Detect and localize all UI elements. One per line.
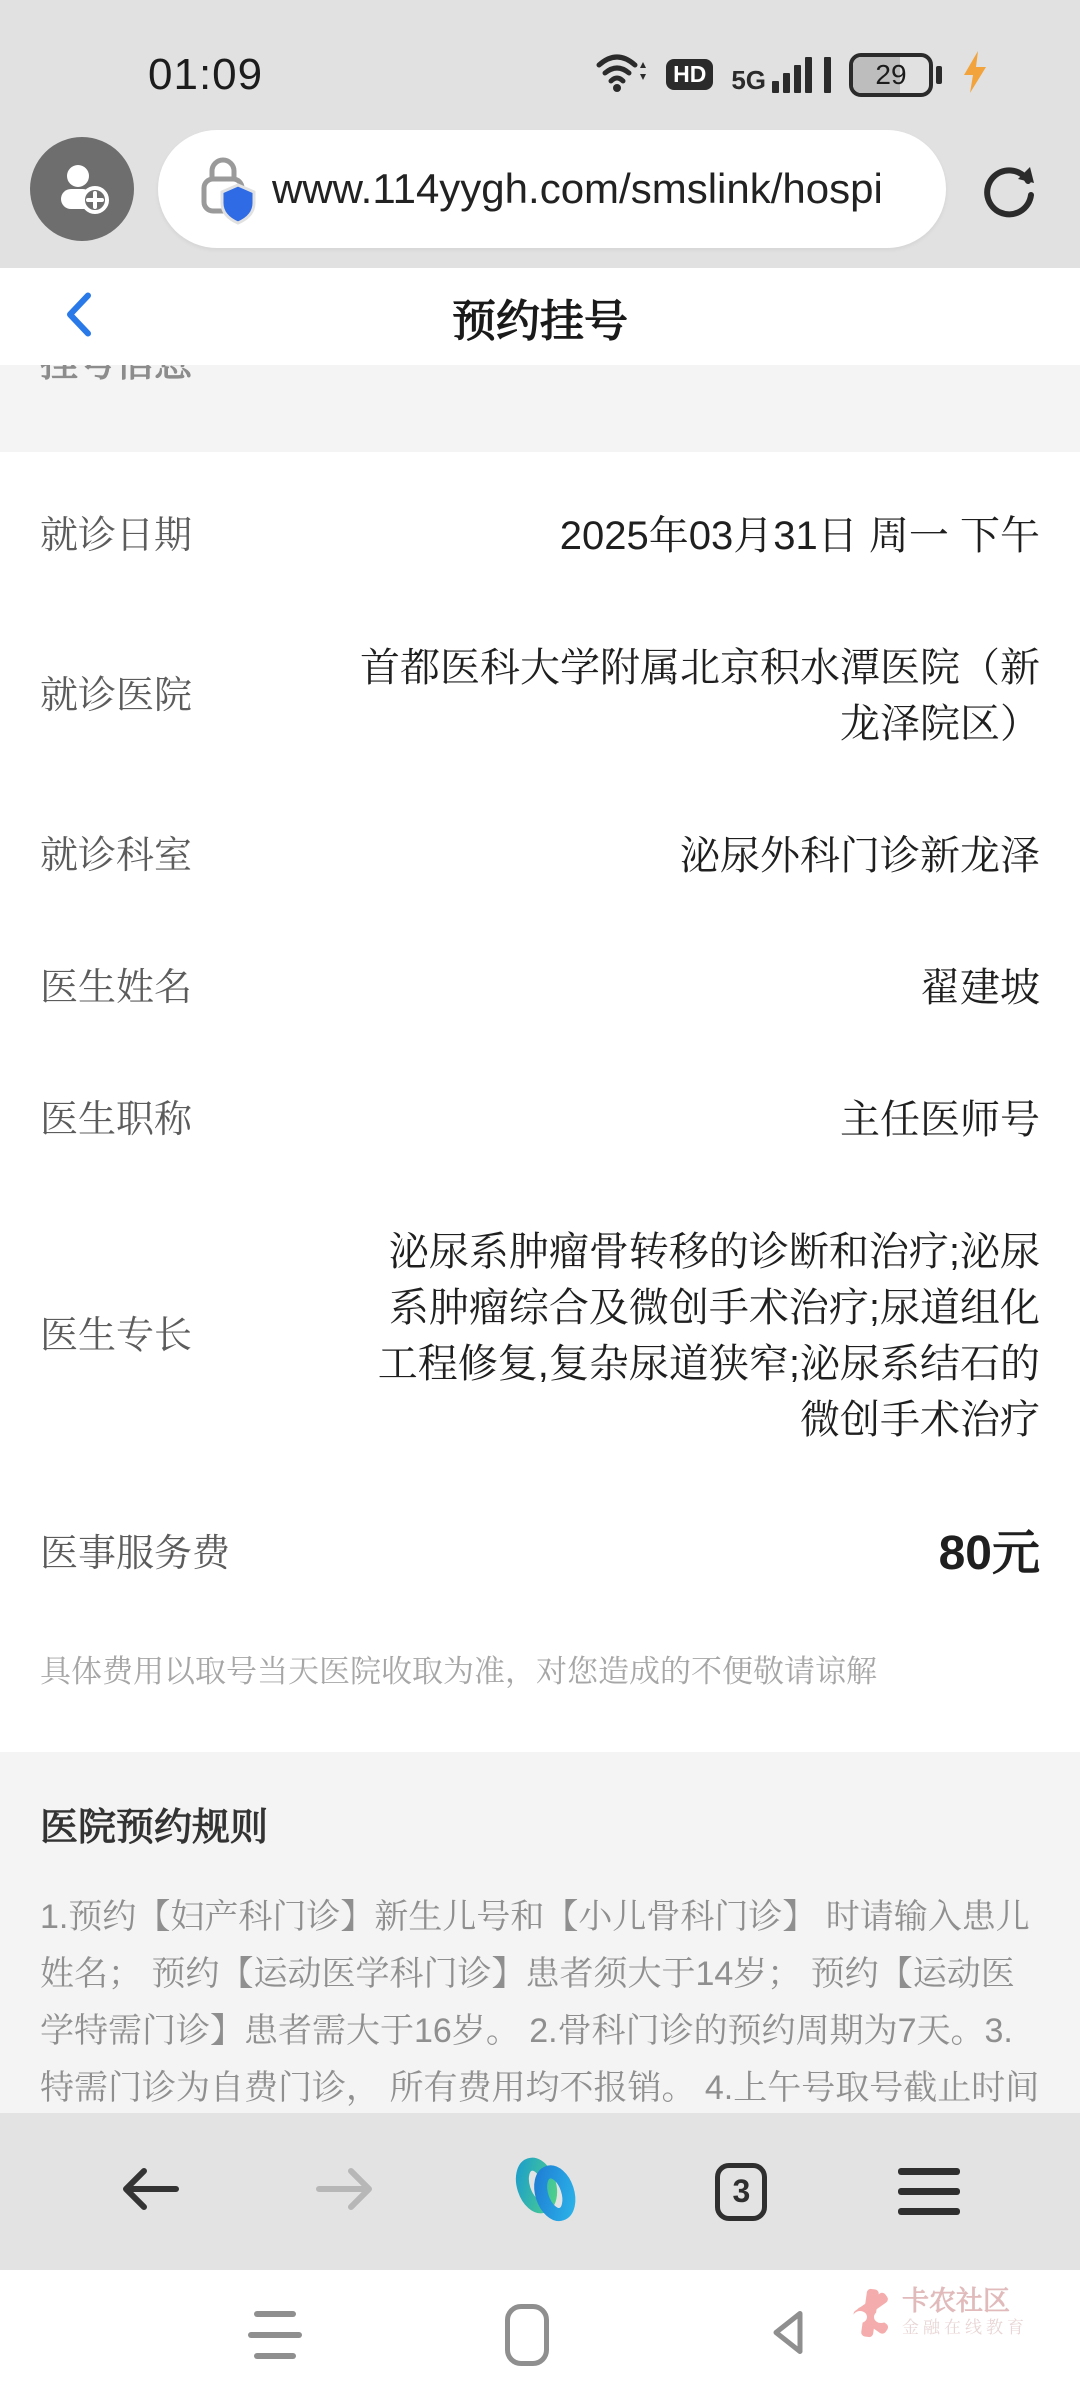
watermark-subtitle: 金融在线教育 [902,2316,1028,2340]
battery-icon: 29 [849,53,942,97]
browser-chrome: www.114yygh.com/smslink/hospi [0,110,1080,268]
wifi-icon [596,50,648,99]
arrow-right-icon [313,2166,375,2212]
hd-badge-icon: HD [666,59,713,90]
chevron-left-icon [62,289,96,339]
address-bar[interactable]: www.114yygh.com/smslink/hospi [158,130,946,248]
system-back-button[interactable] [768,2308,808,2363]
watermark-title: 卡农社区 [902,2286,1028,2316]
profile-button[interactable] [30,137,134,241]
copilot-icon [505,2149,585,2229]
section-band: 挂号信息 [0,365,1080,452]
rules-title: 医院预约规则 [40,1796,1040,1851]
network-type-label: 5G [731,67,766,93]
url-text: www.114yygh.com/smslink/hospi [272,165,883,213]
back-button[interactable] [62,289,96,344]
detail-row-department: 就诊科室 泌尿外科门诊新龙泽 [40,790,1040,922]
nav-back-button[interactable] [120,2166,182,2217]
row-label: 医生姓名 [40,960,192,1016]
phone-screen: 01:09 HD 5G [0,0,1080,2400]
rules-body: 1.预约【妇产科门诊】新生儿号和【小儿骨科门诊】 时请输入患儿姓名； 预约【运动… [40,1889,1040,2113]
row-value-fee: 80元 [939,1524,1040,1584]
nav-forward-button[interactable] [313,2166,375,2217]
detail-row-doctor-specialty: 医生专长 泌尿系肿瘤骨转移的诊断和治疗;泌尿系肿瘤综合及微创手术治疗;尿道组化工… [40,1186,1040,1486]
tab-switcher-button[interactable]: 3 [715,2163,767,2221]
battery-percent: 29 [875,59,906,91]
row-label: 就诊科室 [40,828,192,884]
copilot-button[interactable] [505,2149,585,2234]
row-value: 泌尿系肿瘤骨转移的诊断和治疗;泌尿系肿瘤综合及微创手术治疗;尿道组化工程修复,复… [350,1224,1040,1448]
row-label: 医事服务费 [40,1526,230,1582]
fee-disclaimer: 具体费用以取号当天医院收取为准，对您造成的不便敬请谅解 [40,1650,1040,1694]
row-label: 就诊医院 [40,668,192,724]
row-value: 翟建坡 [920,960,1040,1016]
row-value: 泌尿外科门诊新龙泽 [680,828,1040,884]
section-title-clipped: 挂号信息 [40,365,1080,385]
system-navbar: 卡农社区 金融在线教育 [0,2270,1080,2400]
browser-toolbar: 3 [0,2113,1080,2270]
detail-row-doctor-name: 医生姓名 翟建坡 [40,922,1040,1054]
charging-bolt-icon [960,49,990,100]
add-account-icon [51,158,113,220]
watermark: 卡农社区 金融在线教育 [850,2286,1028,2340]
detail-row-service-fee: 医事服务费 80元 [40,1486,1040,1622]
row-value: 主任医师号 [840,1092,1040,1148]
detail-row-date: 就诊日期 2025年03月31日 周一 下午 [40,470,1040,602]
hospital-rules-section: 医院预约规则 1.预约【妇产科门诊】新生儿号和【小儿骨科门诊】 时请输入患儿姓名… [0,1752,1080,2113]
recents-button[interactable] [248,2311,302,2359]
status-icons: HD 5G 29 [596,49,990,100]
detail-row-hospital: 就诊医院 首都医科大学附属北京积水潭医院（新龙泽院区） [40,602,1040,790]
tab-count: 3 [732,2173,750,2210]
arrow-left-icon [120,2166,182,2212]
row-label: 就诊日期 [40,508,192,564]
row-value: 2025年03月31日 周一 下午 [560,508,1040,564]
status-bar: 01:09 HD 5G [0,0,1080,110]
clock: 01:09 [148,50,263,100]
menu-button[interactable] [898,2168,960,2215]
detail-row-doctor-title: 医生职称 主任医师号 [40,1054,1040,1186]
page-header: 预约挂号 [0,268,1080,365]
refresh-icon [978,157,1042,221]
home-button[interactable] [505,2304,549,2366]
triangle-back-icon [768,2308,808,2358]
secure-lock-shield-icon [186,149,262,230]
kanong-logo-icon [850,2287,892,2339]
registration-details: 就诊日期 2025年03月31日 周一 下午 就诊医院 首都医科大学附属北京积水… [0,452,1080,1752]
page-title: 预约挂号 [452,285,628,349]
row-value: 首都医科大学附属北京积水潭医院（新龙泽院区） [350,640,1040,752]
refresh-button[interactable] [970,157,1050,221]
signal-icon: 5G [731,57,831,93]
row-label: 医生职称 [40,1092,192,1148]
row-label: 医生专长 [40,1308,192,1364]
